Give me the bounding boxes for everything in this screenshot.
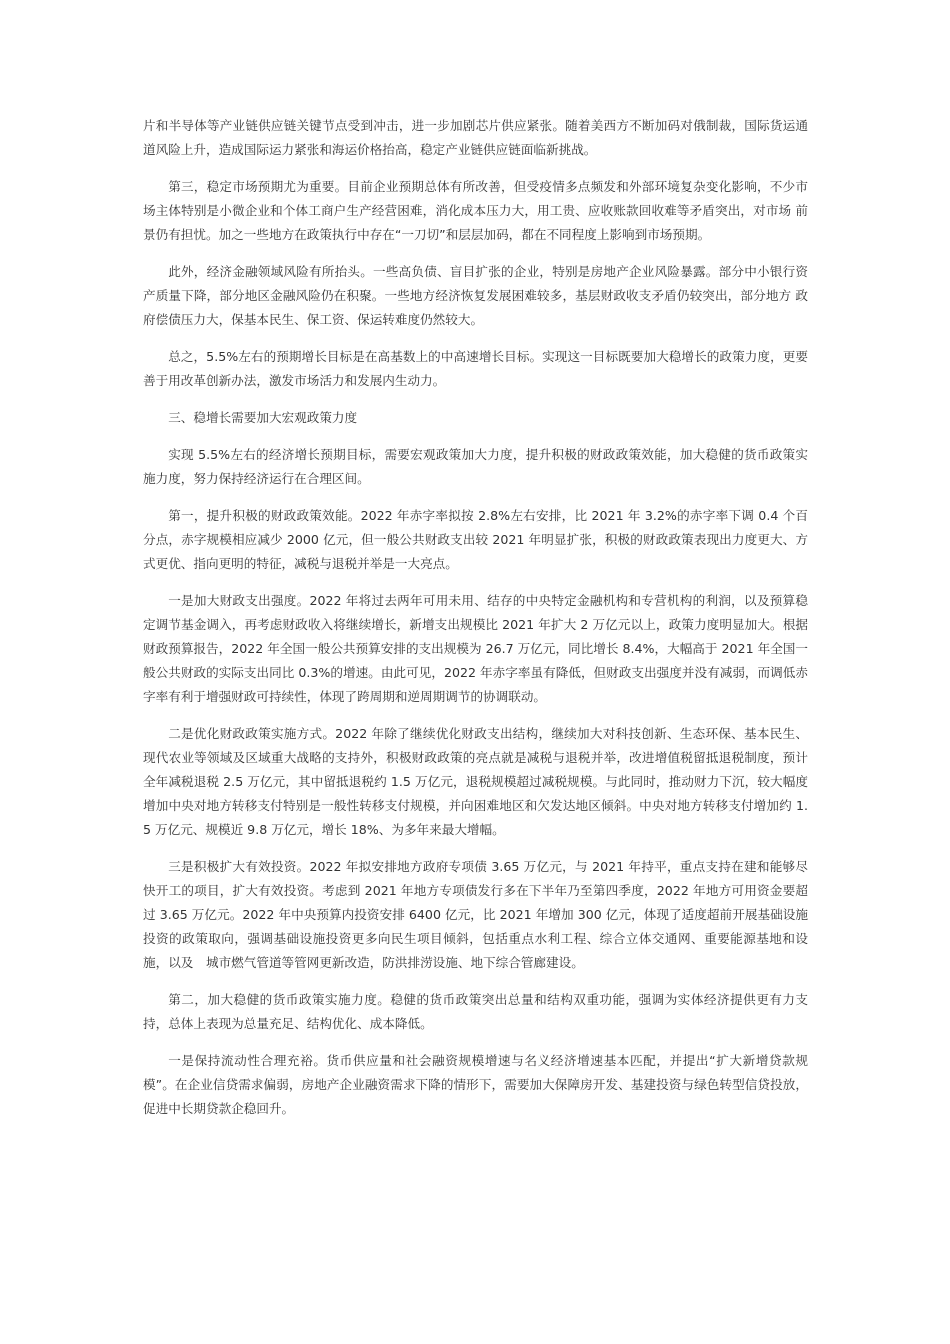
section-heading: 三、稳增长需要加大宏观政策力度 <box>143 406 808 430</box>
paragraph-fiscal-method: 二是优化财政政策实施方式。2022 年除了继续优化财政支出结构，继续加大对科技创… <box>143 722 808 842</box>
paragraph-investment: 三是积极扩大有效投资。2022 年拟安排地方政府专项债 3.65 万亿元，与 2… <box>143 855 808 975</box>
paragraph-summary: 总之，5.5%左右的预期增长目标是在高基数上的中高速增长目标。实现这一目标既要加… <box>143 345 808 393</box>
paragraph-market-expectations: 第三，稳定市场预期尤为重要。目前企业预期总体有所改善，但受疫情多点频发和外部环境… <box>143 175 808 247</box>
paragraph-monetary-policy: 第二，加大稳健的货币政策实施力度。稳健的货币政策突出总量和结构双重功能，强调为实… <box>143 988 808 1036</box>
paragraph-fiscal-spending: 一是加大财政支出强度。2022 年将过去两年可用未用、结存的中央特定金融机构和专… <box>143 589 808 709</box>
paragraph-fiscal-policy: 第一，提升积极的财政政策效能。2022 年赤字率拟按 2.8%左右安排，比 20… <box>143 504 808 576</box>
paragraph-continuation: 片和半导体等产业链供应链关键节点受到冲击，进一步加剧芯片供应紧张。随着美西方不断… <box>143 114 808 162</box>
paragraph-section-intro: 实现 5.5%左右的经济增长预期目标，需要宏观政策加大力度，提升积极的财政政策效… <box>143 443 808 491</box>
paragraph-financial-risk: 此外，经济金融领域风险有所抬头。一些高负债、盲目扩张的企业，特别是房地产企业风险… <box>143 260 808 332</box>
document-page: 片和半导体等产业链供应链关键节点受到冲击，进一步加剧芯片供应紧张。随着美西方不断… <box>143 114 808 1134</box>
paragraph-liquidity: 一是保持流动性合理充裕。货币供应量和社会融资规模增速与名义经济增速基本匹配，并提… <box>143 1049 808 1121</box>
